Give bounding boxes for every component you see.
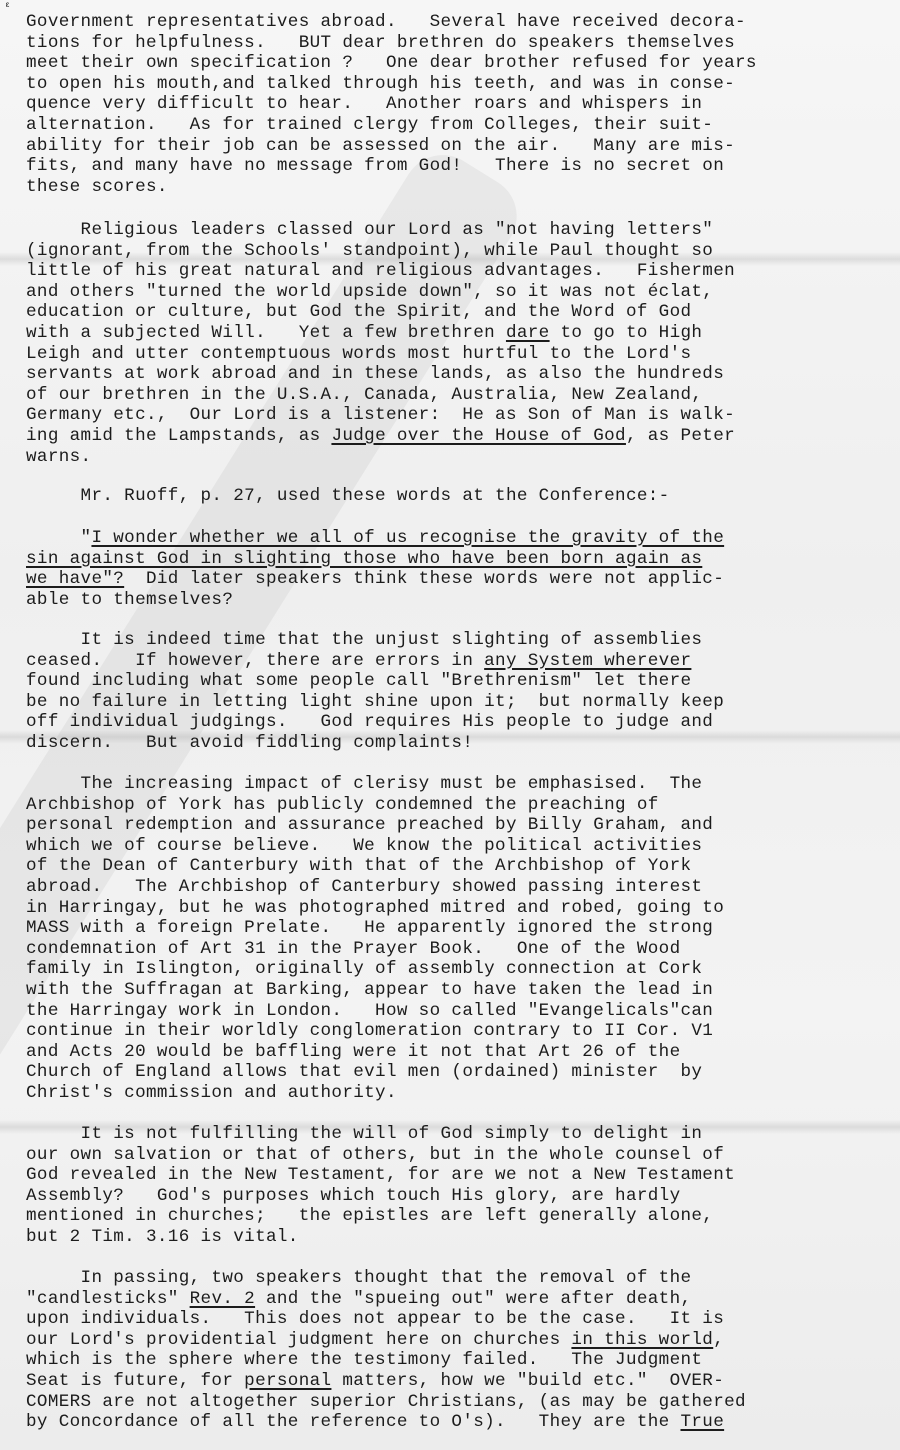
text-line: the Harringay work in London. How so cal… bbox=[26, 1001, 713, 1021]
underlined-phrase: I wonder whether we all of us recognise … bbox=[91, 528, 724, 548]
text-line: tions for helpfulness. BUT dear brethren… bbox=[26, 33, 735, 53]
text-line: In passing, two speakers thought that th… bbox=[26, 1268, 691, 1288]
text-line: we have"? Did later speakers think these… bbox=[26, 569, 724, 589]
text-line: It is not fulfilling the will of God sim… bbox=[26, 1124, 702, 1144]
text-line: "I wonder whether we all of us recognise… bbox=[26, 528, 724, 548]
text-line: discern. But avoid fiddling complaints! bbox=[26, 733, 473, 753]
underlined-phrase: any System wherever bbox=[484, 651, 691, 671]
text-line: but 2 Tim. 3.16 is vital. bbox=[26, 1227, 299, 1247]
text-line: Christ's commission and authority. bbox=[26, 1083, 397, 1103]
text-line: "candlesticks" Rev. 2 and the "spueing o… bbox=[26, 1289, 691, 1309]
text-line: be no failure in letting light shine upo… bbox=[26, 692, 724, 712]
text-line: continue in their worldly conglomeration… bbox=[26, 1021, 713, 1041]
text-line: our own salvation or that of others, but… bbox=[26, 1145, 724, 1165]
underlined-phrase: True bbox=[680, 1412, 724, 1432]
text-line: and others "turned the world upside down… bbox=[26, 282, 713, 302]
text-line: education or culture, but God the Spirit… bbox=[26, 302, 691, 322]
underlined-phrase: Rev. 2 bbox=[190, 1289, 255, 1309]
text-line: ceased. If however, there are errors in … bbox=[26, 651, 691, 671]
text-line: ability for their job can be assessed on… bbox=[26, 136, 735, 156]
text-line: Seat is future, for personal matters, ho… bbox=[26, 1371, 724, 1391]
underlined-phrase: we have"? bbox=[26, 569, 124, 589]
text-line: COMERS are not altogether superior Chris… bbox=[26, 1392, 746, 1412]
text-line: MASS with a foreign Prelate. He apparent… bbox=[26, 918, 713, 938]
text-line: upon individuals. This does not appear t… bbox=[26, 1309, 724, 1329]
text-line: these scores. bbox=[26, 177, 168, 197]
text-line: to open his mouth,and talked through his… bbox=[26, 74, 735, 94]
text-line: found including what some people call "B… bbox=[26, 671, 691, 691]
text-line: Religious leaders classed our Lord as "n… bbox=[26, 220, 713, 240]
text-line: by Concordance of all the reference to O… bbox=[26, 1412, 724, 1432]
text-line: ing amid the Lampstands, as Judge over t… bbox=[26, 426, 735, 446]
text-line: alternation. As for trained clergy from … bbox=[26, 115, 713, 135]
text-line: Church of England allows that evil men (… bbox=[26, 1062, 702, 1082]
text-line: Archbishop of York has publicly condemne… bbox=[26, 795, 659, 815]
underlined-phrase: Judge over the House of God bbox=[331, 426, 626, 446]
text-line: God revealed in the New Testament, for a… bbox=[26, 1165, 735, 1185]
text-line: Mr. Ruoff, p. 27, used these words at th… bbox=[26, 486, 670, 506]
text-line: Government representatives abroad. Sever… bbox=[26, 12, 746, 32]
text-line: (ignorant, from the Schools' standpoint)… bbox=[26, 241, 713, 261]
text-line: off individual judgings. God requires Hi… bbox=[26, 712, 713, 732]
text-line: Leigh and utter contemptuous words most … bbox=[26, 344, 691, 364]
text-line: It is indeed time that the unjust slight… bbox=[26, 630, 702, 650]
text-line: with the Suffragan at Barking, appear to… bbox=[26, 980, 713, 1000]
text-line: which is the sphere where the testimony … bbox=[26, 1350, 702, 1370]
underlined-phrase: dare bbox=[506, 323, 550, 343]
text-line: warns. bbox=[26, 447, 91, 467]
text-line: servants at work abroad and in these lan… bbox=[26, 364, 724, 384]
text-line: sin against God in slighting those who h… bbox=[26, 549, 702, 569]
text-line: of our brethren in the U.S.A., Canada, A… bbox=[26, 385, 702, 405]
text-line: of the Dean of Canterbury with that of t… bbox=[26, 856, 691, 876]
text-line: fits, and many have no message from God!… bbox=[26, 156, 724, 176]
text-line: The increasing impact of clerisy must be… bbox=[26, 774, 702, 794]
text-line: meet their own specification ? One dear … bbox=[26, 53, 757, 73]
underlined-phrase: sin against God in slighting those who h… bbox=[26, 549, 702, 569]
text-line: condemnation of Art 31 in the Prayer Boo… bbox=[26, 939, 680, 959]
document-page: ᵋ Government representatives abroad. Sev… bbox=[0, 0, 900, 1450]
text-line: quence very difficult to hear. Another r… bbox=[26, 94, 702, 114]
text-line: our Lord's providential judgment here on… bbox=[26, 1330, 724, 1350]
text-line: which we of course believe. We know the … bbox=[26, 836, 702, 856]
corner-mark-icon: ᵋ bbox=[4, 2, 10, 12]
text-line: little of his great natural and religiou… bbox=[26, 261, 735, 281]
text-line: and Acts 20 would be baffling were it no… bbox=[26, 1042, 680, 1062]
text-line: personal redemption and assurance preach… bbox=[26, 815, 713, 835]
text-line: family in Islington, originally of assem… bbox=[26, 959, 702, 979]
text-line: able to themselves? bbox=[26, 590, 233, 610]
text-line: mentioned in churches; the epistles are … bbox=[26, 1206, 713, 1226]
text-line: in Harringay, but he was photographed mi… bbox=[26, 898, 724, 918]
text-line: abroad. The Archbishop of Canterbury sho… bbox=[26, 877, 702, 897]
text-line: Germany etc., Our Lord is a listener: He… bbox=[26, 405, 735, 425]
text-line: Assembly? God's purposes which touch His… bbox=[26, 1186, 680, 1206]
underlined-phrase: personal bbox=[244, 1371, 331, 1391]
underlined-phrase: in this world bbox=[571, 1330, 713, 1350]
text-line: with a subjected Will. Yet a few brethre… bbox=[26, 323, 702, 343]
